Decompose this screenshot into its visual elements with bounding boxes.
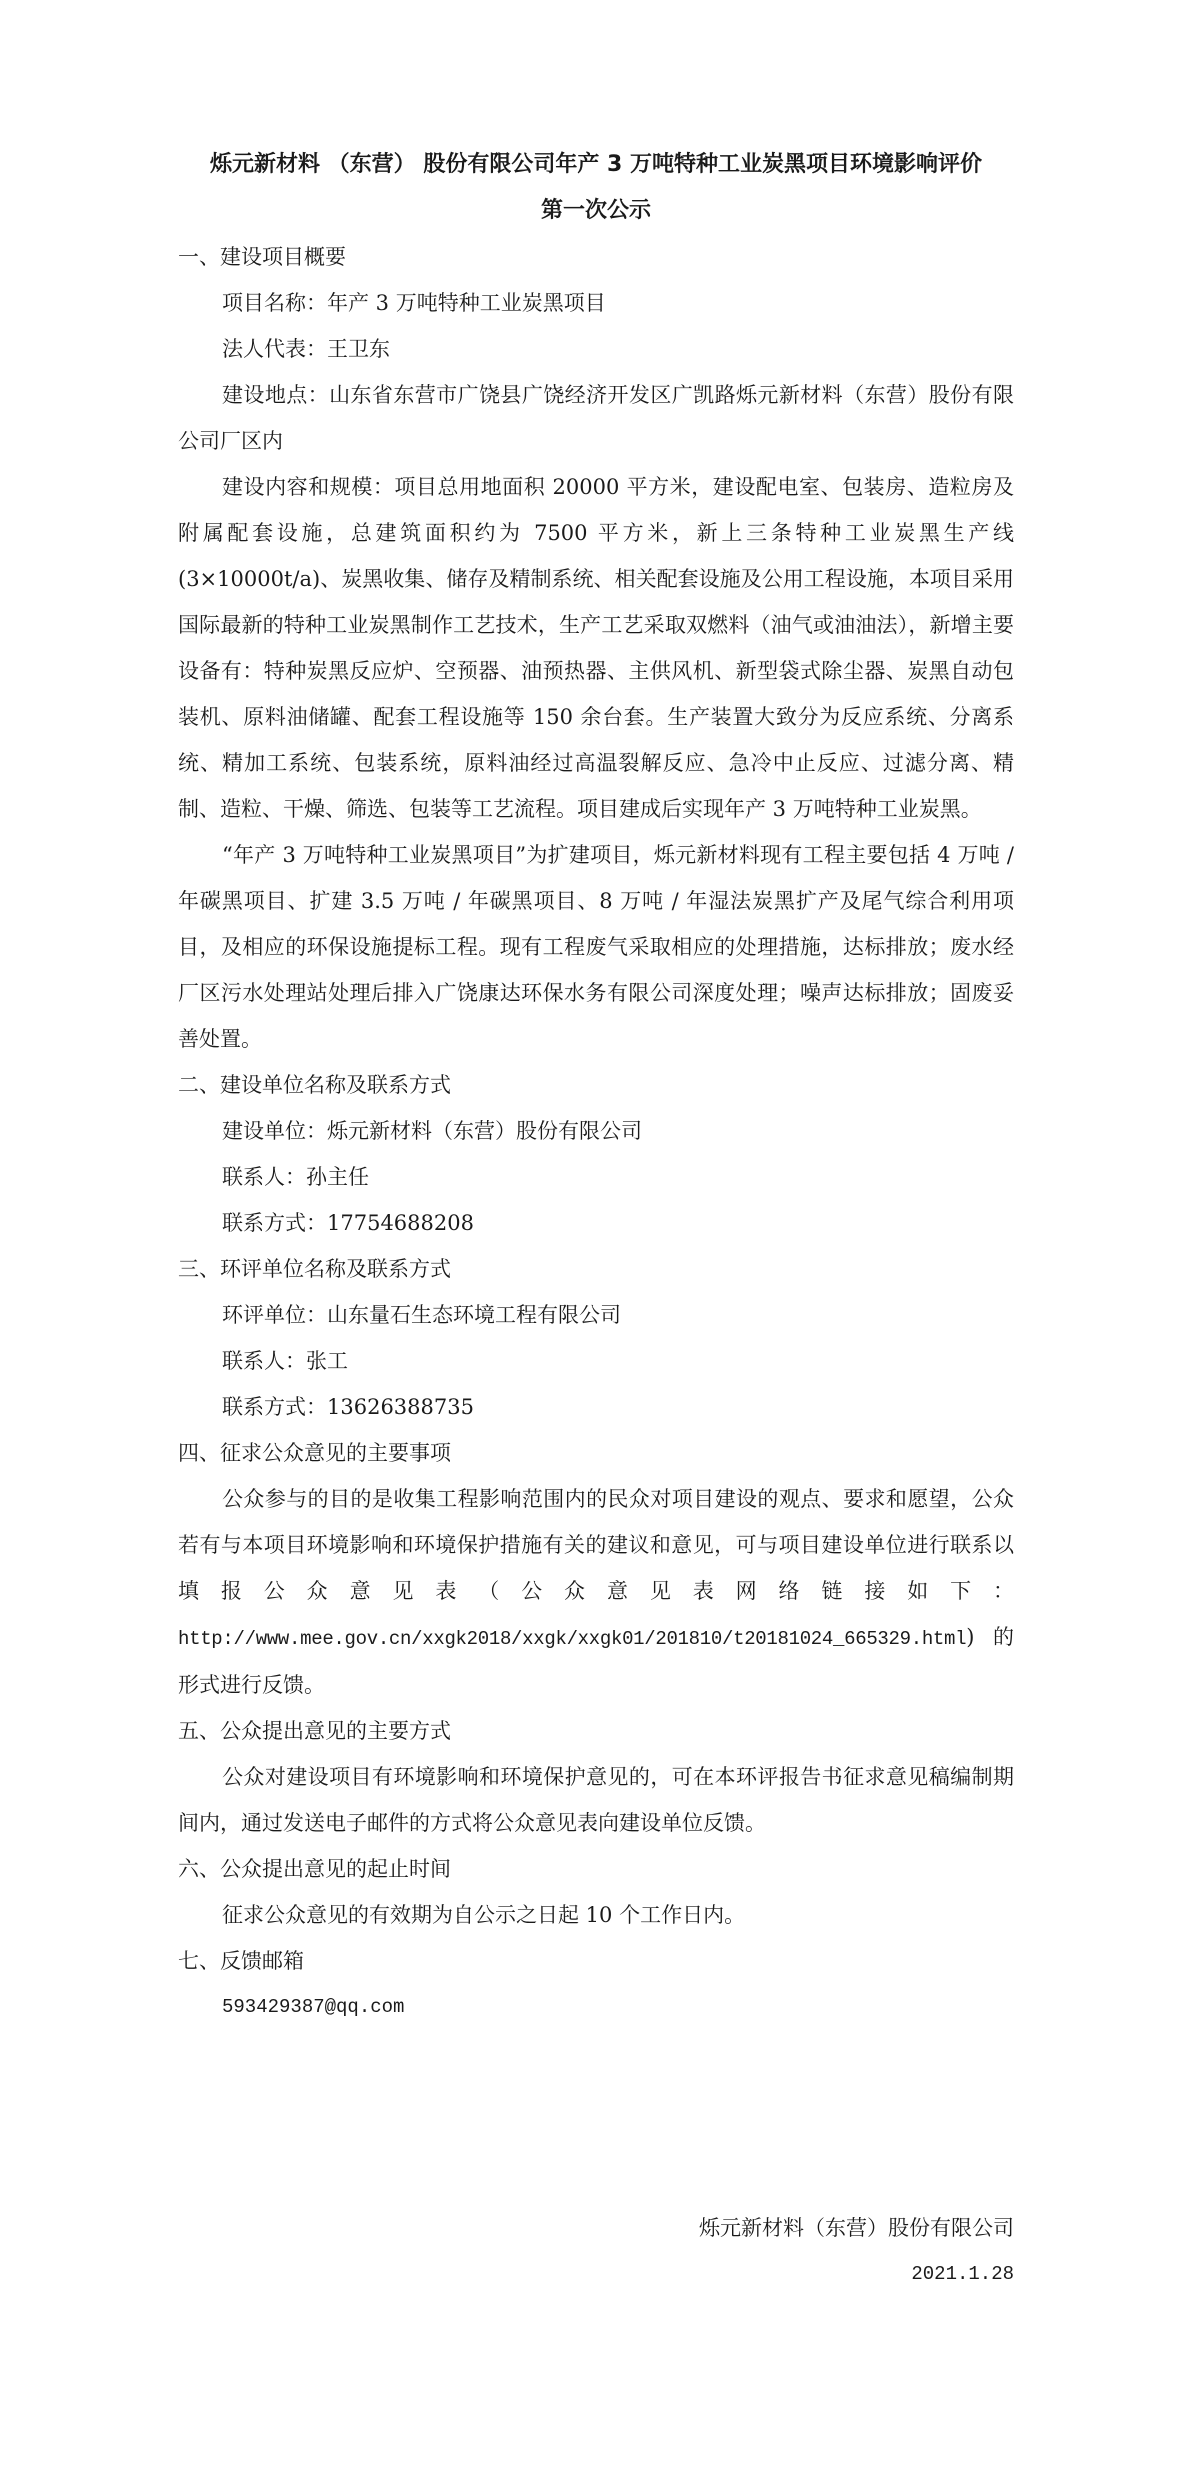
field-label: 联系方式： <box>222 1395 327 1419</box>
document-subtitle: 第一次公示 <box>178 188 1014 234</box>
opinion-method-paragraph: 公众对建设项目有环境影响和环境保护意见的，可在本环评报告书征求意见稿编制期间内，… <box>178 1754 1014 1846</box>
section-eia-contact: 三、环评单位名称及联系方式 环评单位：山东量石生态环境工程有限公司 联系人：张工… <box>178 1246 1014 1430</box>
field-label: 联系人： <box>222 1349 306 1373</box>
section-project-overview: 一、建设项目概要 项目名称：年产 3 万吨特种工业炭黑项目 法人代表：王卫东 建… <box>178 234 1014 1062</box>
field-value: 17754688208 <box>327 1211 474 1235</box>
field-label: 建设单位： <box>222 1119 327 1143</box>
eia-phone-row: 联系方式：13626388735 <box>178 1384 1014 1430</box>
field-value: 13626388735 <box>327 1395 474 1419</box>
signature-date: 2021.1.28 <box>600 2251 1014 2297</box>
section-heading: 六、公众提出意见的起止时间 <box>178 1846 1014 1892</box>
section-public-opinion-items: 四、征求公众意见的主要事项 公众参与的目的是收集工程影响范围内的民众对项目建设的… <box>178 1430 1014 1708</box>
opinion-period-paragraph: 征求公众意见的有效期为自公示之日起 10 个工作日内。 <box>178 1892 1014 1938</box>
section-opinion-method: 五、公众提出意见的主要方式 公众对建设项目有环境影响和环境保护意见的，可在本环评… <box>178 1708 1014 1846</box>
section-feedback-email: 七、反馈邮箱 593429387@qq.com <box>178 1938 1014 2030</box>
field-value: 孙主任 <box>306 1165 369 1189</box>
builder-contact-person-row: 联系人：孙主任 <box>178 1154 1014 1200</box>
construction-site-row: 建设地点：山东省东营市广饶县广饶经济开发区广凯路烁元新材料（东营）股份有限公司厂… <box>178 372 1014 464</box>
opinion-form-link[interactable]: http://www.mee.gov.cn/xxgk2018/xxgk/xxgk… <box>178 1628 966 1650</box>
field-label: 法人代表： <box>222 337 327 361</box>
document-title: 烁元新材料 （东营） 股份有限公司年产 3 万吨特种工业炭黑项目环境影响评价 <box>178 142 1014 188</box>
field-value: 山东量石生态环境工程有限公司 <box>327 1303 621 1327</box>
paragraph-text: 公众参与的目的是收集工程影响范围内的民众对项目建设的观点、要求和愿望，公众若有与… <box>178 1487 1014 1603</box>
signature-block: 烁元新材料（东营）股份有限公司 2021.1.28 <box>600 2205 1014 2297</box>
public-participation-paragraph: 公众参与的目的是收集工程影响范围内的民众对项目建设的观点、要求和愿望，公众若有与… <box>178 1476 1014 1708</box>
field-label: 联系人： <box>222 1165 306 1189</box>
field-value: 年产 3 万吨特种工业炭黑项目 <box>327 291 606 315</box>
section-heading: 七、反馈邮箱 <box>178 1938 1014 1984</box>
field-value: 张工 <box>306 1349 348 1373</box>
section-heading: 五、公众提出意见的主要方式 <box>178 1708 1014 1754</box>
section-heading: 三、环评单位名称及联系方式 <box>178 1246 1014 1292</box>
notice-document: 烁元新材料 （东营） 股份有限公司年产 3 万吨特种工业炭黑项目环境影响评价 第… <box>178 142 1014 2030</box>
section-heading: 一、建设项目概要 <box>178 234 1014 280</box>
section-opinion-period: 六、公众提出意见的起止时间 征求公众意见的有效期为自公示之日起 10 个工作日内… <box>178 1846 1014 1938</box>
section-builder-contact: 二、建设单位名称及联系方式 建设单位：烁元新材料（东营）股份有限公司 联系人：孙… <box>178 1062 1014 1246</box>
field-label: 环评单位： <box>222 1303 327 1327</box>
field-label: 联系方式： <box>222 1211 327 1235</box>
section-heading: 四、征求公众意见的主要事项 <box>178 1430 1014 1476</box>
eia-unit-row: 环评单位：山东量石生态环境工程有限公司 <box>178 1292 1014 1338</box>
eia-contact-person-row: 联系人：张工 <box>178 1338 1014 1384</box>
builder-phone-row: 联系方式：17754688208 <box>178 1200 1014 1246</box>
field-label: 建设地点： <box>222 383 329 407</box>
field-value: 王卫东 <box>327 337 390 361</box>
builder-unit-row: 建设单位：烁元新材料（东营）股份有限公司 <box>178 1108 1014 1154</box>
project-name-row: 项目名称：年产 3 万吨特种工业炭黑项目 <box>178 280 1014 326</box>
legal-representative-row: 法人代表：王卫东 <box>178 326 1014 372</box>
existing-works-paragraph: “年产 3 万吨特种工业炭黑项目”为扩建项目，烁元新材料现有工程主要包括 4 万… <box>178 832 1014 1062</box>
construction-scope-paragraph: 建设内容和规模：项目总用地面积 20000 平方米，建设配电室、包装房、造粒房及… <box>178 464 1014 832</box>
signature-company: 烁元新材料（东营）股份有限公司 <box>600 2205 1014 2251</box>
feedback-email-link[interactable]: 593429387@qq.com <box>178 1984 1014 2030</box>
section-heading: 二、建设单位名称及联系方式 <box>178 1062 1014 1108</box>
field-value: 烁元新材料（东营）股份有限公司 <box>327 1119 642 1143</box>
field-label: 项目名称： <box>222 291 327 315</box>
